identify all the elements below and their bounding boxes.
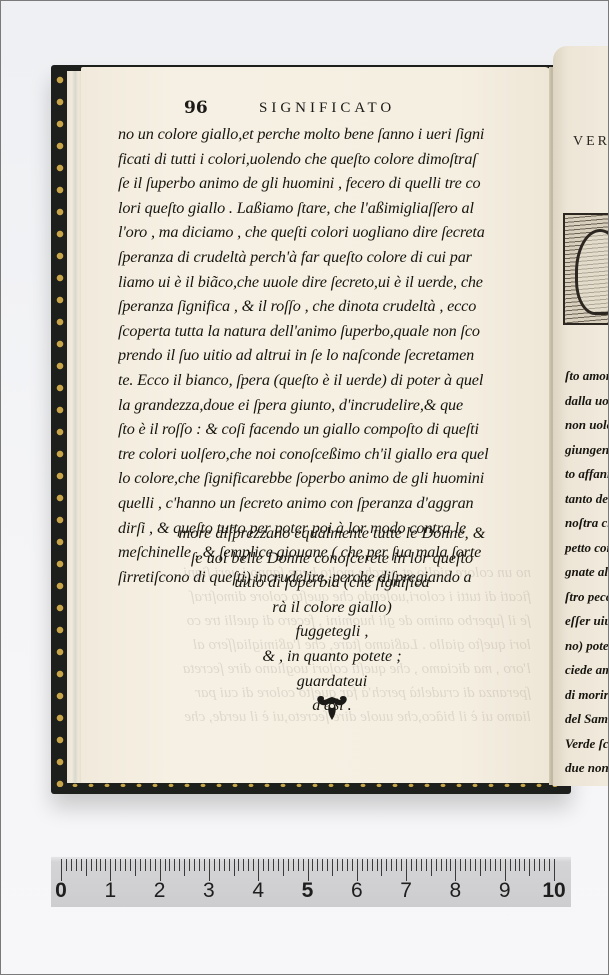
ruler-tick <box>431 859 432 876</box>
tapered-text-line: guardateui <box>118 669 546 694</box>
ruler-tick <box>199 859 200 871</box>
ruler-tick <box>66 859 67 871</box>
tapered-text-line: ſe uoi belle Donne conoſcerete in lor qu… <box>118 546 546 571</box>
ruler-tick <box>248 859 249 871</box>
facing-text-line: tanto deſi <box>565 487 609 512</box>
ruler-tick <box>169 859 170 871</box>
running-head: 96 SIGNIFICATO <box>1 98 609 122</box>
ruler-tick <box>352 859 353 871</box>
ruler-label: 0 <box>55 879 67 903</box>
ruler-label: 5 <box>302 879 314 903</box>
ruler-tick <box>135 859 136 876</box>
ruler-tick <box>61 859 62 881</box>
ruler-tick <box>515 859 516 871</box>
ruler-label: 10 <box>542 879 565 903</box>
ruler-tick <box>495 859 496 871</box>
ruler-tick <box>189 859 190 871</box>
tapered-text-line: uitio di ſoperbia (che ſignifica <box>118 570 546 595</box>
ruler-tick <box>105 859 106 871</box>
tapered-text-line: & , in quanto potete ; <box>118 644 546 669</box>
ruler-tick <box>130 859 131 871</box>
ruler-tick <box>312 859 313 871</box>
facing-text-line: to affanno <box>565 462 609 487</box>
facing-page-text: ſto amore, ldalla uoſtrnon uoletegiungen… <box>565 364 609 786</box>
ruler-tick <box>273 859 274 871</box>
measurement-ruler: 012345678910 <box>51 856 571 907</box>
facing-text-line: no) poter <box>565 634 609 659</box>
text-line: quelli , c'hanno un ſecreto animo con ſp… <box>118 491 546 516</box>
ruler-tick <box>342 859 343 871</box>
woodcut-initial-icon <box>563 213 609 325</box>
ruler-tick <box>500 859 501 871</box>
ruler-tick <box>81 859 82 871</box>
ruler-label: 1 <box>104 879 116 903</box>
ruler-tick <box>539 859 540 871</box>
ruler-tick <box>411 859 412 871</box>
text-line: ſcoperta tutta la natura dell'animo ſupe… <box>118 319 546 344</box>
ruler-tick <box>460 859 461 871</box>
ruler-tick <box>322 859 323 871</box>
ruler-tick <box>115 859 116 871</box>
gilt-edge-tooling <box>67 783 567 791</box>
ruler-tick <box>544 859 545 871</box>
ruler-tick <box>465 859 466 871</box>
gilt-spine-tooling <box>53 69 67 787</box>
ruler-tick <box>91 859 92 871</box>
ruler-label: 3 <box>203 879 215 903</box>
facing-text-line: ſto amore, l <box>565 364 609 389</box>
tapered-text-line: rà il colore giallo) <box>118 595 546 620</box>
ruler-tick <box>288 859 289 871</box>
facing-text-line: petto con <box>565 536 609 561</box>
ruler-tick <box>357 859 358 881</box>
ruler-tick <box>519 859 520 871</box>
ruler-label: 8 <box>450 879 462 903</box>
ruler-tick <box>224 859 225 871</box>
ruler-label: 4 <box>252 879 264 903</box>
running-head-title: SIGNIFICATO <box>259 100 395 117</box>
text-line: tre colori uolſero,che noi conoſceßimo c… <box>118 442 546 467</box>
ruler-tick <box>110 859 111 881</box>
ruler-tick <box>396 859 397 871</box>
ruler-tick <box>165 859 166 871</box>
ruler-tick <box>455 859 456 881</box>
ruler-tick <box>179 859 180 871</box>
ruler-tick <box>76 859 77 871</box>
facing-text-line: ſcuro,ar <box>565 781 609 787</box>
text-line: te. Ecco il bianco, ſpera (queſto è il u… <box>118 368 546 393</box>
ruler-tick <box>441 859 442 871</box>
ruler-tick <box>327 859 328 871</box>
text-line: no un colore giallo,et perche molto bene… <box>118 122 546 147</box>
ruler-tick <box>524 859 525 871</box>
text-line: liamo ui è il biãco,che uuole dire ſecre… <box>118 270 546 295</box>
ruler-tick <box>238 859 239 871</box>
ruler-tick <box>204 859 205 871</box>
facing-text-line: due non <box>565 756 609 781</box>
ruler-tick <box>155 859 156 871</box>
ruler-tick <box>293 859 294 871</box>
ruler-label: 6 <box>351 879 363 903</box>
ruler-label: 7 <box>400 879 412 903</box>
ruler-tick <box>529 859 530 876</box>
text-line: l'oro , ma diciamo , che queſti colori u… <box>118 220 546 245</box>
ruler-tick <box>298 859 299 871</box>
facing-text-line: di morire <box>565 683 609 708</box>
page-number: 96 <box>184 98 208 118</box>
ruler-tick <box>372 859 373 871</box>
facing-text-line: non uolete <box>565 413 609 438</box>
facing-text-line: giungendo <box>565 438 609 463</box>
text-line: ſe il ſuperbo animo de gli huomini , fec… <box>118 171 546 196</box>
facing-text-line: eſſer uiui <box>565 609 609 634</box>
ruler-tick <box>194 859 195 871</box>
ruler-tick <box>367 859 368 871</box>
facing-text-line: ſtro pecca <box>565 585 609 610</box>
ruler-tick <box>125 859 126 871</box>
ruler-tick <box>268 859 269 871</box>
facing-text-line: dalla uoſtr <box>565 389 609 414</box>
ruler-tick <box>140 859 141 871</box>
text-line: lori queſto giallo . Laßiamo ſtare, che … <box>118 196 546 221</box>
ruler-tick <box>209 859 210 881</box>
ruler-tick <box>145 859 146 871</box>
ruler-tick <box>475 859 476 871</box>
ruler-tick <box>303 859 304 871</box>
ruler-tick <box>381 859 382 876</box>
ruler-tick <box>214 859 215 871</box>
body-text: no un colore giallo,et perche molto bene… <box>118 122 546 589</box>
ruler-tick <box>391 859 392 871</box>
ruler-tick <box>490 859 491 871</box>
ruler-tick <box>470 859 471 871</box>
ruler-tick <box>174 859 175 871</box>
ruler-tick <box>362 859 363 871</box>
text-line: ſto è il roſſo : & coſi facendo un giall… <box>118 417 546 442</box>
ruler-label: 9 <box>499 879 511 903</box>
ruler-tick <box>485 859 486 871</box>
ruler-tick <box>505 859 506 881</box>
ruler-tick <box>386 859 387 871</box>
facing-text-line: Verde ſc <box>565 732 609 757</box>
ruler-tick <box>283 859 284 876</box>
ruler-tick <box>160 859 161 881</box>
ruler-tick <box>308 859 309 881</box>
ruler-tick <box>554 859 555 881</box>
ruler-tick <box>480 859 481 876</box>
ruler-tick <box>347 859 348 871</box>
ruler-tick <box>263 859 264 871</box>
ruler-tick <box>234 859 235 876</box>
text-line: la grandezza,doue ei ſpera giunto, d'inc… <box>118 393 546 418</box>
ruler-tick <box>150 859 151 871</box>
ruler-tick <box>317 859 318 871</box>
ruler-tick <box>401 859 402 871</box>
facing-text-line: gnate alla <box>565 560 609 585</box>
ruler-tick <box>100 859 101 871</box>
fleuron-ornament-icon <box>314 694 350 722</box>
facing-text-line: ciede amo <box>565 658 609 683</box>
text-line: ſperanza di crudeltà perch'à far queſto … <box>118 245 546 270</box>
ruler-tick <box>436 859 437 871</box>
ruler-tick <box>416 859 417 871</box>
ruler-tick <box>258 859 259 881</box>
ruler-tick <box>86 859 87 876</box>
ruler-tick <box>229 859 230 871</box>
text-line: lo colore,che ſignificarebbe ſoperbo ani… <box>118 466 546 491</box>
ruler-tick <box>549 859 550 871</box>
ruler-tick <box>243 859 244 871</box>
ruler-tick <box>450 859 451 871</box>
facing-page: VER ſto amore, ldalla uoſtrnon uoletegiu… <box>553 46 609 786</box>
ruler-tick <box>96 859 97 871</box>
ruler-tick <box>278 859 279 871</box>
ruler-tick <box>332 859 333 876</box>
ruler-tick <box>534 859 535 871</box>
text-line: ficati di tutti i colori,uolendo che que… <box>118 147 546 172</box>
ruler-tick <box>184 859 185 876</box>
ruler-tick <box>421 859 422 871</box>
ruler-tick <box>510 859 511 871</box>
text-line: ſperanza ſignifica , & il roſſo , che di… <box>118 294 546 319</box>
ruler-tick <box>337 859 338 871</box>
tapered-colophon-text: more diſprezzano equalmente tutte le Don… <box>118 521 546 718</box>
ruler-label: 2 <box>154 879 166 903</box>
ruler-tick <box>71 859 72 871</box>
ruler-tick <box>219 859 220 871</box>
facing-text-line: del Sambi <box>565 707 609 732</box>
facing-running-head: VER <box>573 134 609 150</box>
facing-text-line: noſtra ciſe <box>565 511 609 536</box>
text-line: prendo il ſuo uitio ad altrui in ſe lo n… <box>118 343 546 368</box>
ruler-tick <box>253 859 254 871</box>
ruler-tick <box>426 859 427 871</box>
tapered-text-line: fuggetegli , <box>118 619 546 644</box>
tapered-text-line: more diſprezzano equalmente tutte le Don… <box>118 521 546 546</box>
ruler-tick <box>406 859 407 881</box>
ruler-tick <box>446 859 447 871</box>
ruler-tick <box>377 859 378 871</box>
ruler-tick <box>120 859 121 871</box>
